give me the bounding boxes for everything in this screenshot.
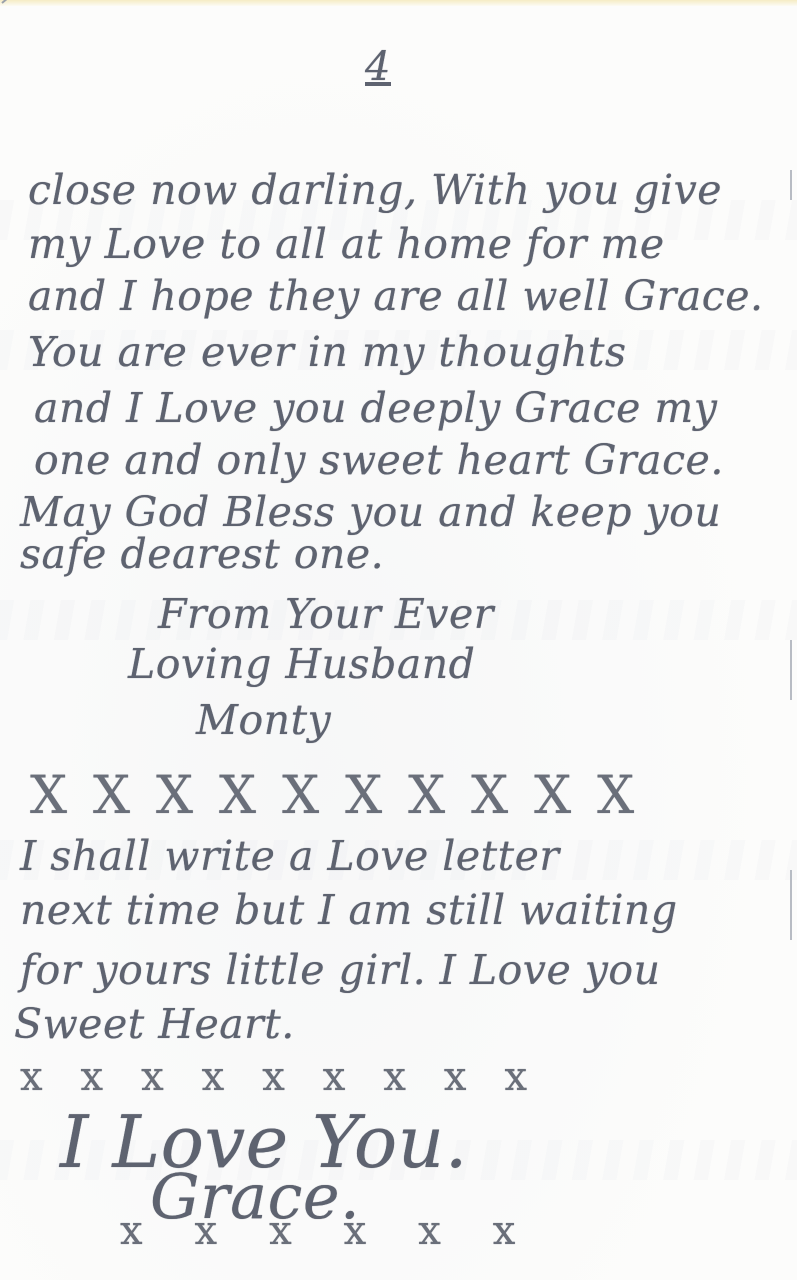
kisses-row: xxxxxxxxx — [20, 1054, 565, 1100]
paper-right-edge-mark — [790, 640, 792, 700]
closing-line: Loving Husband — [128, 640, 475, 688]
paper-right-edge-mark — [790, 870, 792, 940]
paper-right-edge-mark — [790, 170, 792, 200]
kisses-row: xxxxxx — [120, 1208, 567, 1254]
body-line: and I hope they are all well Grace. — [28, 272, 764, 320]
page-number: 4 — [365, 44, 391, 90]
closing-line: From Your Ever — [158, 590, 494, 638]
body-line: safe dearest one. — [20, 530, 384, 578]
body-line: and I Love you deeply Grace my — [34, 384, 717, 432]
postscript-line: I shall write a Love letter — [20, 832, 560, 880]
signature: Monty — [196, 696, 331, 744]
body-line: close now darling, With you give — [28, 166, 722, 214]
body-line: one and only sweet heart Grace. — [34, 436, 724, 484]
body-line: You are ever in my thoughts — [28, 328, 627, 376]
paper-top-edge — [0, 0, 797, 6]
body-line: May God Bless you and keep you — [20, 488, 721, 536]
body-line: my Love to all at home for me — [28, 220, 665, 268]
postscript-line: Sweet Heart. — [14, 1000, 295, 1048]
kisses-row: XXXXXXXXXX — [30, 766, 660, 826]
letter-page: 4 close now darling, With you give my Lo… — [0, 0, 797, 1280]
postscript-line: for yours little girl. I Love you — [20, 946, 661, 994]
postscript-line: next time but I am still waiting — [20, 886, 678, 934]
